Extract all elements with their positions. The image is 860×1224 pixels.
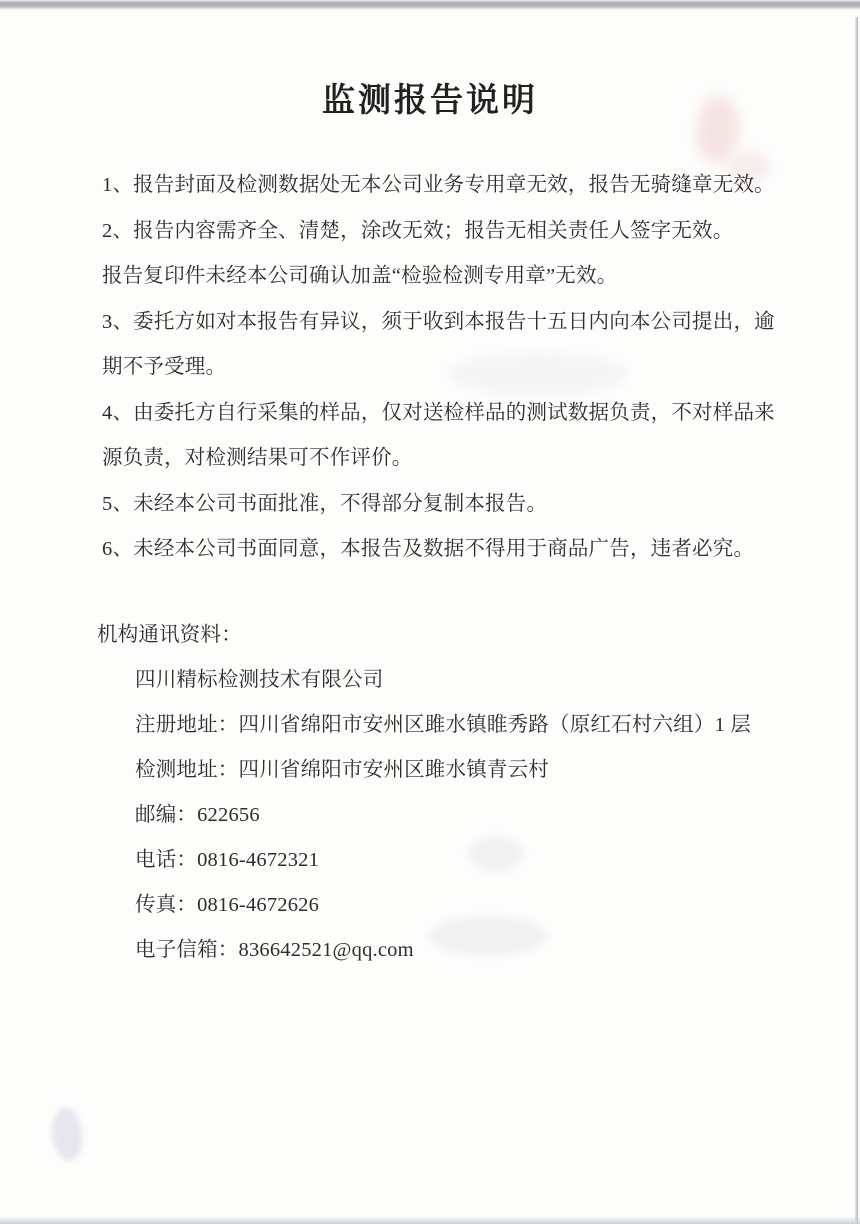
contact-entry-value: 622656	[197, 804, 260, 826]
report-note-line: 源负责，对检测结果可不作评价。	[102, 436, 782, 482]
contact-heading: 机构通讯资料：	[97, 613, 797, 658]
contact-entry-label: 注册地址：	[135, 714, 239, 736]
report-note-line: 3、委托方如对本报告有异议，须于收到本报告十五日内向本公司提出，逾	[102, 300, 782, 346]
contact-entry: 注册地址：四川省绵阳市安州区雎水镇睢秀路（原红石村六组）1 层	[135, 703, 797, 748]
report-note-line: 6、未经本公司书面同意，本报告及数据不得用于商品广告，违者必究。	[102, 527, 782, 573]
contact-entry-value: 836642521@qq.com	[239, 939, 414, 961]
report-note-line: 2、报告内容需齐全、清楚，涂改无效；报告无相关责任人签字无效。	[102, 209, 782, 255]
contact-entry-label: 电话：	[135, 849, 197, 871]
scan-edge-bottom	[0, 1217, 860, 1224]
contact-entry-label: 传真：	[135, 894, 197, 916]
report-note-line: 4、由委托方自行采集的样品，仅对送检样品的测试数据负责，不对样品来	[102, 391, 782, 437]
company-name: 四川精标检测技术有限公司	[135, 658, 797, 703]
contact-entry-label: 电子信箱：	[135, 939, 239, 961]
contact-info-block: 机构通讯资料： 四川精标检测技术有限公司 注册地址：四川省绵阳市安州区雎水镇睢秀…	[97, 613, 797, 973]
contact-entry: 检测地址：四川省绵阳市安州区雎水镇青云村	[135, 748, 797, 793]
report-notes-list: 1、报告封面及检测数据处无本公司业务专用章无效，报告无骑缝章无效。 2、报告内容…	[102, 163, 782, 573]
contact-entry-label: 检测地址：	[135, 759, 239, 781]
scanned-document-page: 监测报告说明 1、报告封面及检测数据处无本公司业务专用章无效，报告无骑缝章无效。…	[0, 0, 860, 1224]
contact-entry-value: 四川省绵阳市安州区雎水镇睢秀路（原红石村六组）1 层	[239, 714, 752, 736]
scan-edge-right	[855, 17, 858, 1224]
contact-entry-value: 0816-4672626	[197, 894, 319, 916]
report-note-line: 1、报告封面及检测数据处无本公司业务专用章无效，报告无骑缝章无效。	[102, 163, 782, 209]
scan-smudge	[47, 1105, 87, 1162]
contact-entries: 注册地址：四川省绵阳市安州区雎水镇睢秀路（原红石村六组）1 层 检测地址：四川省…	[97, 703, 797, 973]
contact-entry: 电话：0816-4672321	[135, 838, 797, 883]
contact-entry-value: 四川省绵阳市安州区雎水镇青云村	[239, 759, 550, 781]
contact-entry-value: 0816-4672321	[197, 849, 319, 871]
contact-entry-label: 邮编：	[135, 804, 197, 826]
report-note-line: 期不予受理。	[102, 345, 782, 391]
contact-entry: 邮编：622656	[135, 793, 797, 838]
report-note-line: 5、未经本公司书面批准，不得部分复制本报告。	[102, 482, 782, 528]
contact-entry: 电子信箱：836642521@qq.com	[135, 928, 797, 973]
scan-edge-top	[0, 0, 860, 10]
document-title: 监测报告说明	[0, 74, 860, 121]
contact-entry: 传真：0816-4672626	[135, 883, 797, 928]
report-note-line: 报告复印件未经本公司确认加盖“检验检测专用章”无效。	[102, 254, 782, 300]
